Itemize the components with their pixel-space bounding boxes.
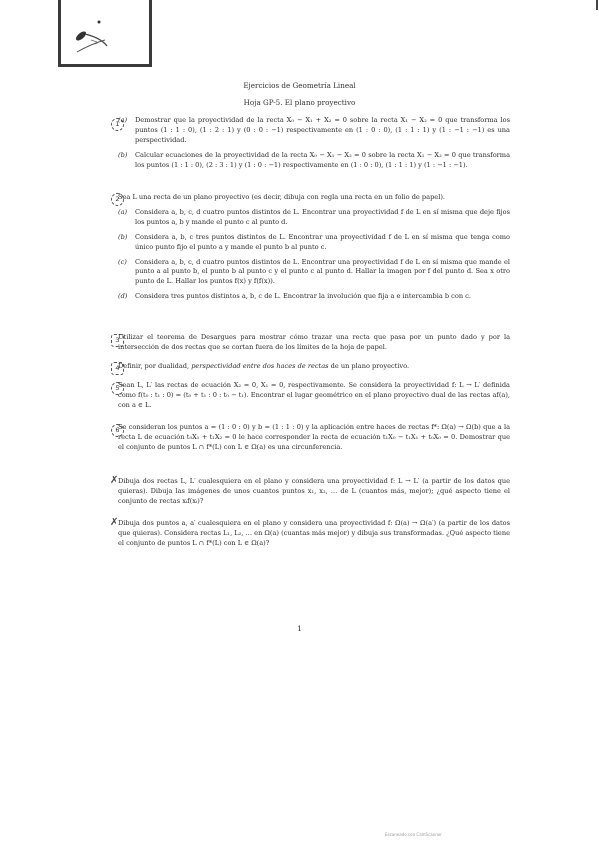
exercise-1: (a) Demostrar que la proyectividad de la…	[118, 116, 510, 171]
exercise-7: Dibuja dos rectas L, L′ cualesquiera en …	[118, 477, 510, 507]
part-label: (d)	[118, 292, 127, 302]
page-number: 1	[0, 625, 599, 633]
part-label: (b)	[118, 233, 127, 243]
exercise-1a: (a) Demostrar que la proyectividad de la…	[118, 116, 510, 146]
exercise-2a: (a) Considera a, b, c, d cuatro puntos d…	[118, 208, 510, 228]
exercise-1b: (b) Calcular ecuaciones de la proyectivi…	[118, 151, 510, 171]
exercise-2b: (b) Considera a, b, c tres puntos distin…	[118, 233, 510, 253]
part-label: (a)	[118, 116, 127, 126]
document-title: Ejercicios de Geometría Lineal	[0, 81, 599, 90]
part-label: (c)	[118, 258, 127, 268]
part-text: Demostrar que la proyectividad de la rec…	[135, 116, 510, 144]
exercise-2c: (c) Considera a, b, c, d cuatro puntos d…	[118, 258, 510, 288]
exercise-8: Dibuja dos puntos a, a′ cualesquiera en …	[118, 519, 510, 549]
scan-edge-mark	[596, 0, 598, 10]
figure-sketch-icon	[61, 0, 149, 64]
part-text: Considera a, b, c, d cuatro puntos disti…	[135, 208, 510, 226]
part-text: Considera a, b, c, d cuatro puntos disti…	[135, 258, 510, 286]
part-label: (a)	[118, 208, 127, 218]
exercise-4-italic: perspectividad entre dos haces de rectas	[191, 362, 328, 370]
part-text: Calcular ecuaciones de la proyectividad …	[135, 151, 510, 169]
exercise-2: Sea L una recta de un plano proyectivo (…	[118, 193, 510, 302]
part-text: Considera a, b, c tres puntos distintos …	[135, 233, 510, 251]
exercise-2d: (d) Considera tres puntos distintos a, b…	[118, 292, 510, 302]
part-label: (b)	[118, 151, 127, 161]
document-subtitle: Hoja GP-5. El plano proyectivo	[0, 98, 599, 107]
exercise-4-text: Definir, por dualidad,	[118, 362, 191, 370]
exercise-6: Se consideran los puntos a = (1 : 0 : 0)…	[118, 423, 510, 453]
exercise-4: Definir, por dualidad, perspectividad en…	[118, 362, 510, 372]
exercise-5: Sean L, L′ las rectas de ecuación X₂ = 0…	[118, 381, 510, 411]
part-text: Considera tres puntos distintos a, b, c …	[135, 292, 471, 300]
exercise-3: Utilizar el teorema de Desargues para mo…	[118, 333, 510, 353]
exercise-2-intro: Sea L una recta de un plano proyectivo (…	[118, 193, 510, 203]
scanner-watermark: Escaneado con CamScanner	[385, 832, 442, 837]
logo-image	[58, 0, 152, 67]
exercise-4-tail: de un plano proyectivo.	[329, 362, 410, 370]
